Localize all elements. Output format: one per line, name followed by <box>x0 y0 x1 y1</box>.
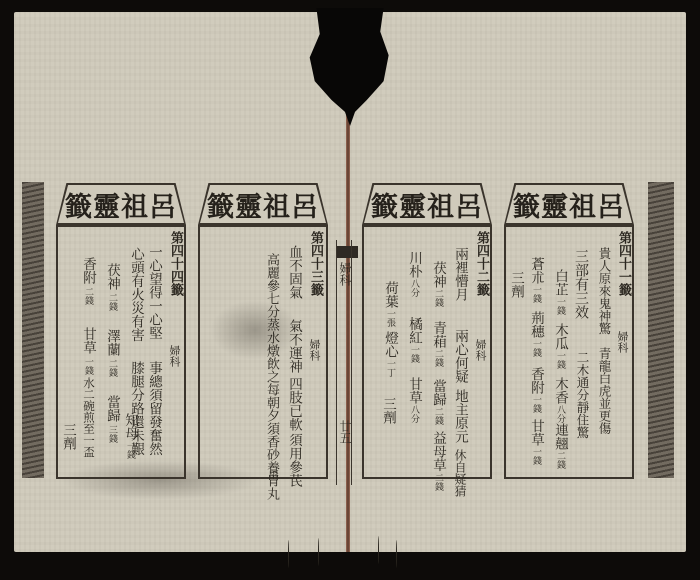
left-edge-border <box>22 182 44 478</box>
herb-dose: 二錢 <box>433 289 442 307</box>
slip-header: 呂祖靈籤 <box>58 185 184 223</box>
herb-name: 蒼朮 <box>529 257 543 284</box>
herb-dose: 二錢 <box>433 473 442 491</box>
herb-name: 青葙 <box>431 321 445 348</box>
herb-dose: 八分 <box>555 405 564 423</box>
oracle-slip-41: 呂祖靈籤 第四十一籤 婦科 貴人原來鬼神驚 青龍白虎並更傷 三部有三效 二木通分… <box>504 183 634 479</box>
dose-count: 三劑 <box>509 271 523 298</box>
verse-line: 四肢已軟 <box>287 377 301 431</box>
verse-line: 地主原元 <box>453 389 467 443</box>
herb-dose: 二錢 <box>107 359 116 377</box>
herb-name: 燈心 <box>383 331 397 358</box>
verse-line: 事總須留發奮然 <box>147 361 161 456</box>
herb-name: 益母草 <box>431 431 445 472</box>
herb-dose: 二錢 <box>83 287 92 305</box>
herb-dose: 二錢 <box>433 349 442 367</box>
herb-name: 香附 <box>529 367 543 394</box>
verse-line: 兩裡懵月 <box>453 247 467 301</box>
herb-dose: 八分 <box>409 279 418 297</box>
herb-name: 木香 <box>553 377 567 404</box>
herb-dose: 三錢 <box>107 425 116 443</box>
slip-number: 第四十三籤 <box>309 231 322 296</box>
herb-dose: 一錢 <box>83 357 92 375</box>
slip-category: 婦科 <box>475 339 486 361</box>
paper-crease <box>378 536 379 564</box>
dose-count: 三劑 <box>381 397 395 424</box>
slip-number: 第四十四籤 <box>169 231 182 296</box>
slip-number: 第四十一籤 <box>617 231 630 296</box>
dose-note: 一兩 <box>267 461 276 479</box>
verse-line: 一心望得一心堅 <box>147 245 161 340</box>
herb-dose: 二錢 <box>107 293 116 311</box>
herb-dose: 二錢 <box>433 407 442 425</box>
herb-name: 甘草 <box>81 327 95 354</box>
herb-dose: 一丁 <box>385 359 394 377</box>
slip-body: 第四十二籤 婦科 兩裡懵月 兩心何疑 地主原元 休自疑猜 茯神 二錢 青葙 二錢… <box>362 225 492 479</box>
oracle-slip-42: 呂祖靈籤 第四十二籤 婦科 兩裡懵月 兩心何疑 地主原元 休自疑猜 茯神 二錢 … <box>362 183 492 479</box>
herb-name: 澤蘭 <box>105 329 119 356</box>
slip-header: 呂祖靈籤 <box>200 185 326 223</box>
herb-name: 連翹 <box>553 423 567 450</box>
slip-body: 第四十一籤 婦科 貴人原來鬼神驚 青龍白虎並更傷 三部有三效 二木通分靜住驚 白… <box>504 225 634 479</box>
herb-dose: 二錢 <box>555 451 564 469</box>
right-edge-border <box>648 182 674 478</box>
herb-name: 川朴 <box>407 251 421 278</box>
herb-dose: 一錢 <box>531 339 540 357</box>
verse-line: 休自疑猜 <box>454 449 466 497</box>
slip-body: 第四十三籤 婦科 血不固氣 氣不運神 四肢已軟 須用參芪 高麗參七分蒸水燉飲之每… <box>198 225 328 479</box>
verse-line: 二木通分靜住驚 <box>576 351 589 439</box>
herb-dose: 一錢 <box>555 351 564 369</box>
center-folio-column: 婦科 廿五 <box>336 240 352 485</box>
herb-dose: 一錢 <box>409 345 418 363</box>
slip-category: 婦科 <box>309 339 320 361</box>
herb-name: 甘草 <box>407 377 421 404</box>
dose-count: 三劑 <box>61 423 75 450</box>
verse-line: 三部有三效 <box>574 249 588 319</box>
slip-header: 呂祖靈籤 <box>506 185 632 223</box>
herb-dose: 一錢 <box>531 447 540 465</box>
herb-name: 茯神 <box>431 261 445 288</box>
slip-number: 第四十二籤 <box>475 231 488 296</box>
verse-line: 青龍白虎並更傷 <box>598 347 611 435</box>
herb-name: 知母 <box>123 413 137 440</box>
oracle-slip-43: 呂祖靈籤 第四十三籤 婦科 血不固氣 氣不運神 四肢已軟 須用參芪 高麗參七分蒸… <box>198 183 328 479</box>
paper-crease <box>396 540 397 568</box>
slip-category: 婦科 <box>617 331 628 353</box>
herb-name: 茯神 <box>105 263 119 290</box>
herb-name: 荊穗 <box>529 311 543 338</box>
verse-line: 血不固氣 <box>287 245 301 299</box>
slip-header: 呂祖靈籤 <box>364 185 490 223</box>
oracle-slip-44: 呂祖靈籤 第四十四籤 婦科 一心望得一心堅 事總須留發奮然 心頭有火災有害 膝腿… <box>56 183 186 479</box>
herb-dose: 一錢 <box>531 285 540 303</box>
verse-line: 須用參芪 <box>287 433 301 487</box>
herb-name: 當歸 <box>105 395 119 422</box>
verse-line: 心頭有火災有害 <box>129 247 143 342</box>
herb-name: 木瓜 <box>553 323 567 350</box>
herb-name: 香附 <box>81 257 95 284</box>
herb-dose: 一錢 <box>555 297 564 315</box>
decoction-instruction: 水二碗煎至一盃 <box>83 377 95 458</box>
verse-line: 貴人原來鬼神驚 <box>598 247 611 335</box>
herb-dose: 八分 <box>409 405 418 423</box>
herb-name: 當歸 <box>431 379 445 406</box>
paper-crease <box>318 538 319 566</box>
herb-dose: 一張 <box>385 309 394 327</box>
verse-line: 氣不運神 <box>287 319 301 373</box>
slip-body: 第四十四籤 婦科 一心望得一心堅 事總須留發奮然 心頭有火災有害 膝腿分路還未艱… <box>56 225 186 479</box>
verse-line: 兩心何疑 <box>453 329 467 383</box>
folio-number: 廿五 <box>337 420 354 444</box>
herb-dose: 一錢 <box>531 395 540 413</box>
slip-category: 婦科 <box>169 345 180 367</box>
herb-name: 白芷 <box>553 269 567 296</box>
herb-name: 荷葉 <box>383 281 397 308</box>
paper-crease <box>288 540 289 568</box>
herb-name: 甘草 <box>529 419 543 446</box>
folio-category: 婦科 <box>337 262 354 286</box>
herb-name: 橘紅 <box>407 317 421 344</box>
herb-dose: 一錢 <box>125 441 134 459</box>
